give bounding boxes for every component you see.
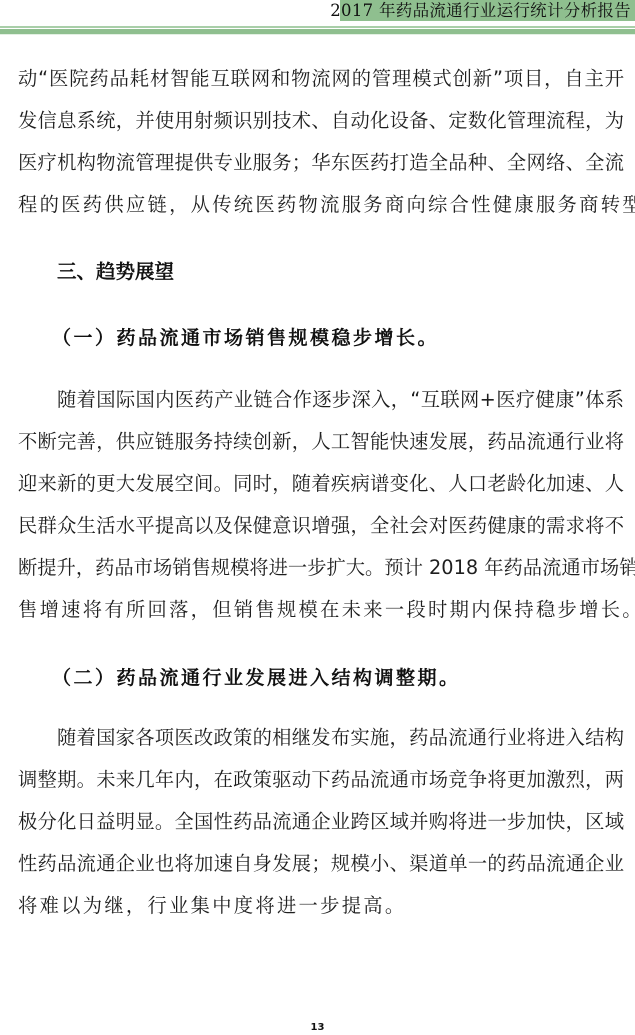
text-line: 调整期。未来几年内，在政策驱动下药品流通市场竞争将更加激烈，两 <box>18 759 624 801</box>
text-line: 发信息系统，并使用射频识别技术、自动化设备、定数化管理流程，为 <box>18 100 624 142</box>
subsection-heading-2: （二）药品流通行业发展进入结构调整期。 <box>52 663 461 693</box>
report-title: 2017 年药品流通行业运行统计分析报告 <box>330 1 631 20</box>
text-line: 性药品流通企业也将加速自身发展；规模小、渠道单一的药品流通企业 <box>18 843 624 885</box>
page-number: 13 <box>0 1022 635 1033</box>
section-heading: 三、趋势展望 <box>57 257 174 287</box>
text-line: 迎来新的更大发展空间。同时，随着疾病谱变化、人口老龄化加速、人 <box>18 463 624 505</box>
text-line: 程的医药供应链，从传统医药物流服务商向综合性健康服务商转型。 <box>18 184 624 226</box>
text-line: 民群众生活水平提高以及保健意识增强，全社会对医药健康的需求将不 <box>18 505 624 547</box>
text-line: 极分化日益明显。全国性药品流通企业跨区域并购将进一步加快，区域 <box>18 801 624 843</box>
text-line: 动“医院药品耗材智能互联网和物流网的管理模式创新”项目，自主开 <box>18 58 624 100</box>
header-rule-light <box>0 34 635 35</box>
text-line: 不断完善，供应链服务持续创新，人工智能快速发展，药品流通行业将 <box>18 421 624 463</box>
text-line: 医疗机构物流管理提供专业服务；华东医药打造全品种、全网络、全流 <box>18 142 624 184</box>
text-line: 将难以为继，行业集中度将进一步提高。 <box>18 885 624 927</box>
text-line: 随着国际国内医药产业链合作逐步深入，“互联网+医疗健康”体系 <box>57 379 624 421</box>
header-rule-thin <box>0 26 635 28</box>
subsection-heading-1: （一）药品流通市场销售规模稳步增长。 <box>52 323 439 353</box>
text-line: 售增速将有所回落，但销售规模在未来一段时期内保持稳步增长。 <box>18 589 624 631</box>
header-band: 2017 年药品流通行业运行统计分析报告 <box>340 0 635 21</box>
text-line: 断提升，药品市场销售规模将进一步扩大。预计 2018 年药品流通市场销 <box>18 547 624 589</box>
text-line: 随着国家各项医改政策的相继发布实施，药品流通行业将进入结构 <box>57 717 624 759</box>
